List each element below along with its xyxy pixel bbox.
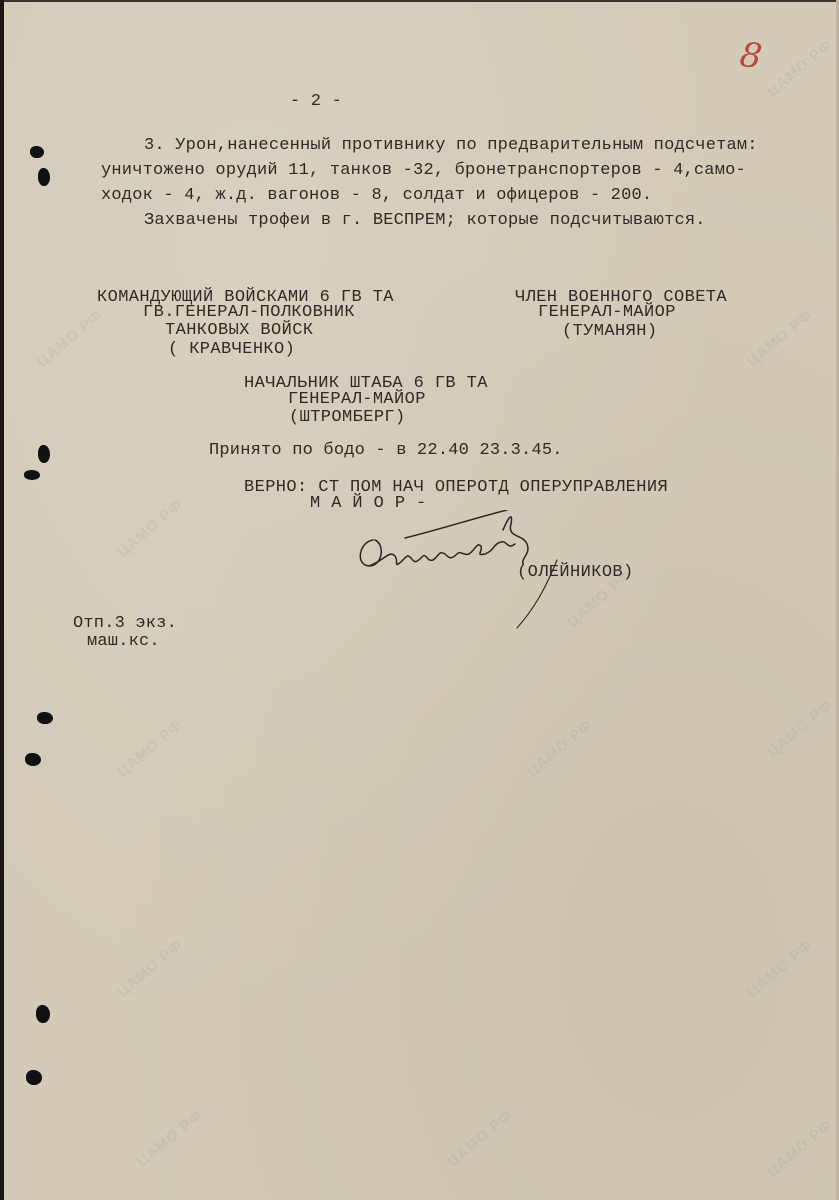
punch-hole <box>38 445 50 463</box>
body-line: 3. Урон,нанесенный противнику по предвар… <box>144 136 758 156</box>
punch-hole <box>38 168 50 186</box>
trophies-line: Захвачены трофеи в г. ВЕСПРЕМ; которые п… <box>144 211 706 231</box>
watermark: ЦАМО РФ <box>34 306 106 370</box>
watermark: ЦАМО РФ <box>744 936 816 1000</box>
watermark: ЦАМО РФ <box>524 716 596 780</box>
page-marker: - 2 - <box>290 92 342 112</box>
scan-border-top <box>0 0 839 2</box>
commander-rank-branch: ТАНКОВЫХ ВОЙСК <box>165 321 313 341</box>
scan-border-left <box>0 0 4 1200</box>
commander-rank: ГВ.ГЕНЕРАЛ-ПОЛКОВНИК <box>143 303 355 323</box>
received-line: Принято по бодо - в 22.40 23.3.45. <box>209 441 563 461</box>
certification-line: ВЕРНО: СТ ПОМ НАЧ ОПЕРОТД ОПЕРУПРАВЛЕНИЯ <box>244 478 668 498</box>
punch-hole <box>25 753 41 766</box>
watermark: ЦАМО РФ <box>114 936 186 1000</box>
document-page: ЦАМО РФ ЦАМО РФ ЦАМО РФ ЦАМО РФ ЦАМО РФ … <box>0 0 839 1200</box>
council-member-name: (ТУМАНЯН) <box>562 322 657 342</box>
watermark: ЦАМО РФ <box>744 306 816 370</box>
watermark: ЦАМО РФ <box>444 1106 516 1170</box>
folio-number: 8 <box>737 35 764 78</box>
typist-line: маш.кс. <box>87 632 160 652</box>
watermark: ЦАМО РФ <box>764 696 836 760</box>
punch-hole <box>36 1005 50 1023</box>
watermark: ЦАМО РФ <box>114 716 186 780</box>
punch-hole <box>24 470 40 480</box>
punch-hole <box>37 712 53 724</box>
chief-of-staff-rank: ГЕНЕРАЛ-МАЙОР <box>288 390 426 410</box>
watermark: ЦАМО РФ <box>764 36 836 100</box>
body-line: уничтожено орудий 11, танков -32, бронет… <box>101 161 746 181</box>
commander-name: ( КРАВЧЕНКО) <box>168 340 295 360</box>
watermark: ЦАМО РФ <box>134 1106 206 1170</box>
certifier-name: (ОЛЕЙНИКОВ) <box>517 563 634 583</box>
watermark: ЦАМО РФ <box>764 1116 836 1180</box>
punch-hole <box>30 146 44 158</box>
council-member-rank: ГЕНЕРАЛ-МАЙОР <box>538 303 676 323</box>
chief-of-staff-name: (ШТРОМБЕРГ) <box>289 408 406 428</box>
watermark: ЦАМО РФ <box>114 496 186 560</box>
copies-line: Отп.3 экз. <box>73 614 177 634</box>
body-line: ходок - 4, ж.д. вагонов - 8, солдат и оф… <box>101 186 652 206</box>
punch-hole <box>26 1070 42 1085</box>
